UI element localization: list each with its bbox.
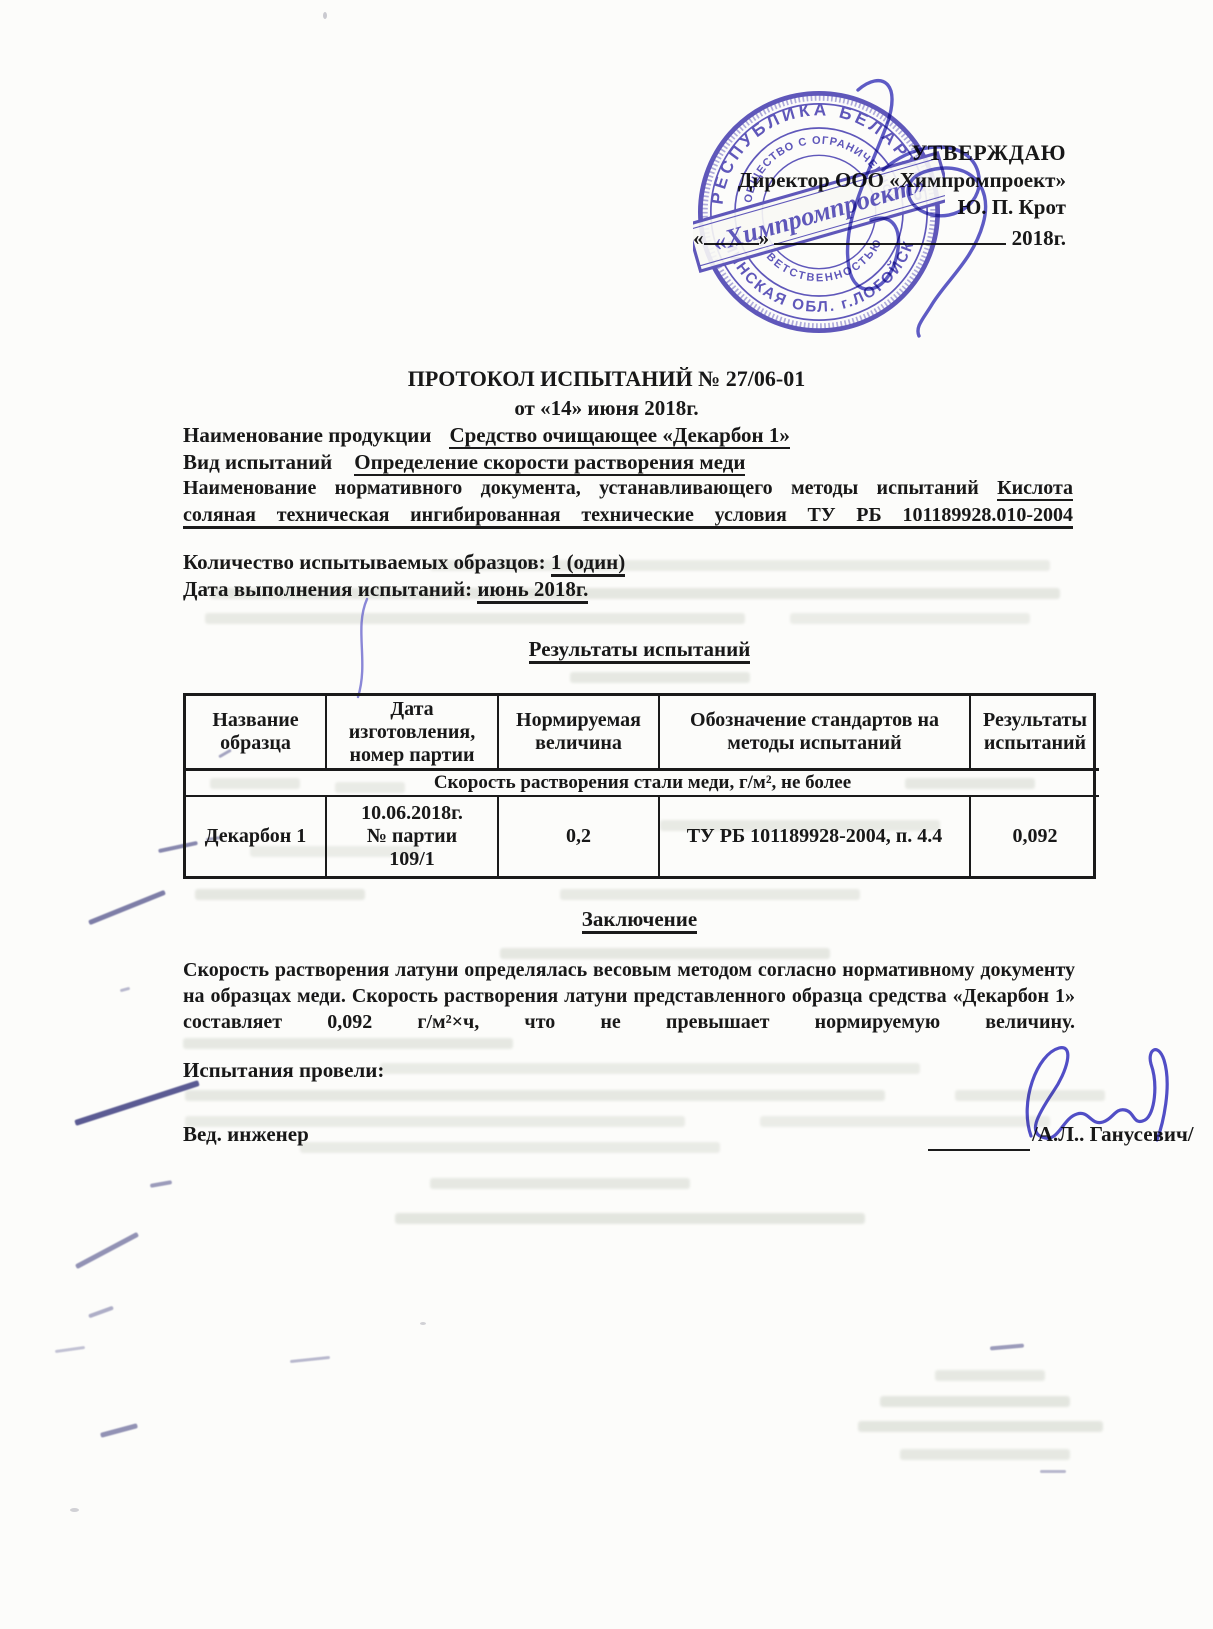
normative-doc-label: Наименование нормативного документа, уст… — [183, 477, 979, 499]
scan-speck — [323, 12, 327, 19]
margin-pen-mark — [150, 1180, 172, 1188]
test-date-line: Дата выполнения испытаний: июнь 2018г. — [183, 577, 1073, 602]
margin-pen-mark — [75, 1232, 139, 1269]
results-heading: Результаты испытаний — [529, 637, 751, 664]
protocol-title: ПРОТОКОЛ ИСПЫТАНИЙ № 27/06-01 — [0, 366, 1213, 392]
bleedthrough-artifact — [900, 1449, 1070, 1460]
manufacture-date: 10.06.2018г. — [361, 802, 463, 825]
test-type-value: Определение скорости растворения меди — [354, 450, 745, 476]
bleedthrough-artifact — [185, 1090, 885, 1101]
conclusion-section: Заключение — [183, 907, 1096, 932]
table-header-sample-name: Название образца — [186, 696, 325, 771]
conclusion-paragraph: Скорость растворения латуни определялась… — [183, 957, 1075, 1035]
table-header-norm-value: Нормируемая величина — [497, 696, 658, 771]
bleedthrough-artifact — [858, 1421, 1103, 1432]
table-header-standards: Обозначение стандартов на методы испытан… — [658, 696, 969, 771]
test-type-label: Вид испытаний — [183, 450, 332, 474]
margin-pen-mark — [55, 1346, 85, 1353]
product-label: Наименование продукции — [183, 423, 431, 447]
test-date-label: Дата выполнения испытаний: — [183, 577, 472, 601]
margin-pen-mark — [990, 1344, 1024, 1351]
margin-pen-mark — [100, 1423, 138, 1438]
bleedthrough-artifact — [195, 889, 365, 900]
signer-role: Вед. инженер — [183, 1122, 309, 1147]
bleedthrough-artifact — [300, 1142, 720, 1153]
director-signature-scribble — [733, 72, 1033, 342]
sample-count-label: Количество испытываемых образцов: — [183, 550, 546, 574]
bleedthrough-artifact — [880, 1396, 1070, 1407]
normative-doc-value-part2: соляная техническая ингибированная техни… — [183, 504, 1073, 529]
sample-count-line: Количество испытываемых образцов: 1 (оди… — [183, 550, 1073, 575]
margin-pen-mark — [1040, 1470, 1066, 1473]
normative-doc-line2: соляная техническая ингибированная техни… — [183, 504, 1073, 527]
scan-speck — [70, 1508, 79, 1512]
stray-pen-curve — [350, 597, 376, 699]
table-cell-sample-name: Декарбон 1 — [186, 797, 325, 876]
results-section: Результаты испытаний — [183, 637, 1096, 662]
table-parameter-row: Скорость растворения стали меди, г/м², н… — [186, 771, 1099, 797]
results-table: Название образца Дата изготовления, номе… — [183, 693, 1096, 879]
margin-pen-mark — [88, 1306, 114, 1319]
product-line: Наименование продукцииСредство очищающее… — [183, 423, 1073, 448]
bleedthrough-artifact — [790, 613, 1030, 624]
normative-doc-line1: Наименование нормативного документа, уст… — [183, 477, 1073, 500]
protocol-date: от «14» июня 2018г. — [0, 396, 1213, 421]
tests-performed-label: Испытания провели: — [183, 1058, 384, 1083]
scan-speck — [420, 1322, 426, 1325]
test-type-line: Вид испытанийОпределение скорости раство… — [183, 450, 1073, 475]
scanned-test-protocol-document: УТВЕРЖДАЮ Директор ООО «Химпромпроект» Ю… — [0, 0, 1213, 1629]
product-value: Средство очищающее «Декарбон 1» — [449, 423, 789, 449]
table-cell-standard: ТУ РБ 101189928-2004, п. 4.4 — [658, 797, 969, 876]
bleedthrough-artifact — [183, 1038, 513, 1049]
test-date-value: июнь 2018г. — [477, 577, 588, 604]
normative-doc-value-part1: Кислота — [997, 477, 1073, 501]
conclusion-text: Скорость растворения латуни определялась… — [183, 959, 1075, 1033]
bleedthrough-artifact — [380, 1063, 920, 1074]
bleedthrough-artifact — [205, 613, 745, 624]
bleedthrough-artifact — [560, 889, 860, 900]
table-cell-norm-value: 0,2 — [497, 797, 658, 876]
margin-pen-mark — [74, 1080, 199, 1126]
sample-count-value: 1 (один) — [551, 550, 625, 577]
margin-pen-mark — [88, 890, 166, 925]
table-cell-manufacture-date: 10.06.2018г. № партии 109/1 — [325, 797, 497, 876]
batch-label: № партии — [367, 825, 457, 848]
bleedthrough-artifact — [395, 1213, 865, 1224]
document-title-block: ПРОТОКОЛ ИСПЫТАНИЙ № 27/06-01 от «14» ию… — [0, 366, 1213, 421]
batch-number: 109/1 — [389, 848, 435, 871]
table-header-manufacture-date: Дата изготовления, номер партии — [325, 696, 497, 771]
conclusion-heading: Заключение — [582, 907, 697, 934]
bleedthrough-artifact — [430, 1178, 690, 1189]
bleedthrough-artifact — [570, 672, 750, 683]
margin-pen-mark — [290, 1356, 330, 1363]
table-cell-result: 0,092 — [969, 797, 1099, 876]
margin-pen-mark — [120, 987, 130, 992]
table-header-results: Результаты испытаний — [969, 696, 1099, 771]
engineer-signature-scribble — [1003, 1038, 1183, 1153]
bleedthrough-artifact — [935, 1370, 1045, 1381]
